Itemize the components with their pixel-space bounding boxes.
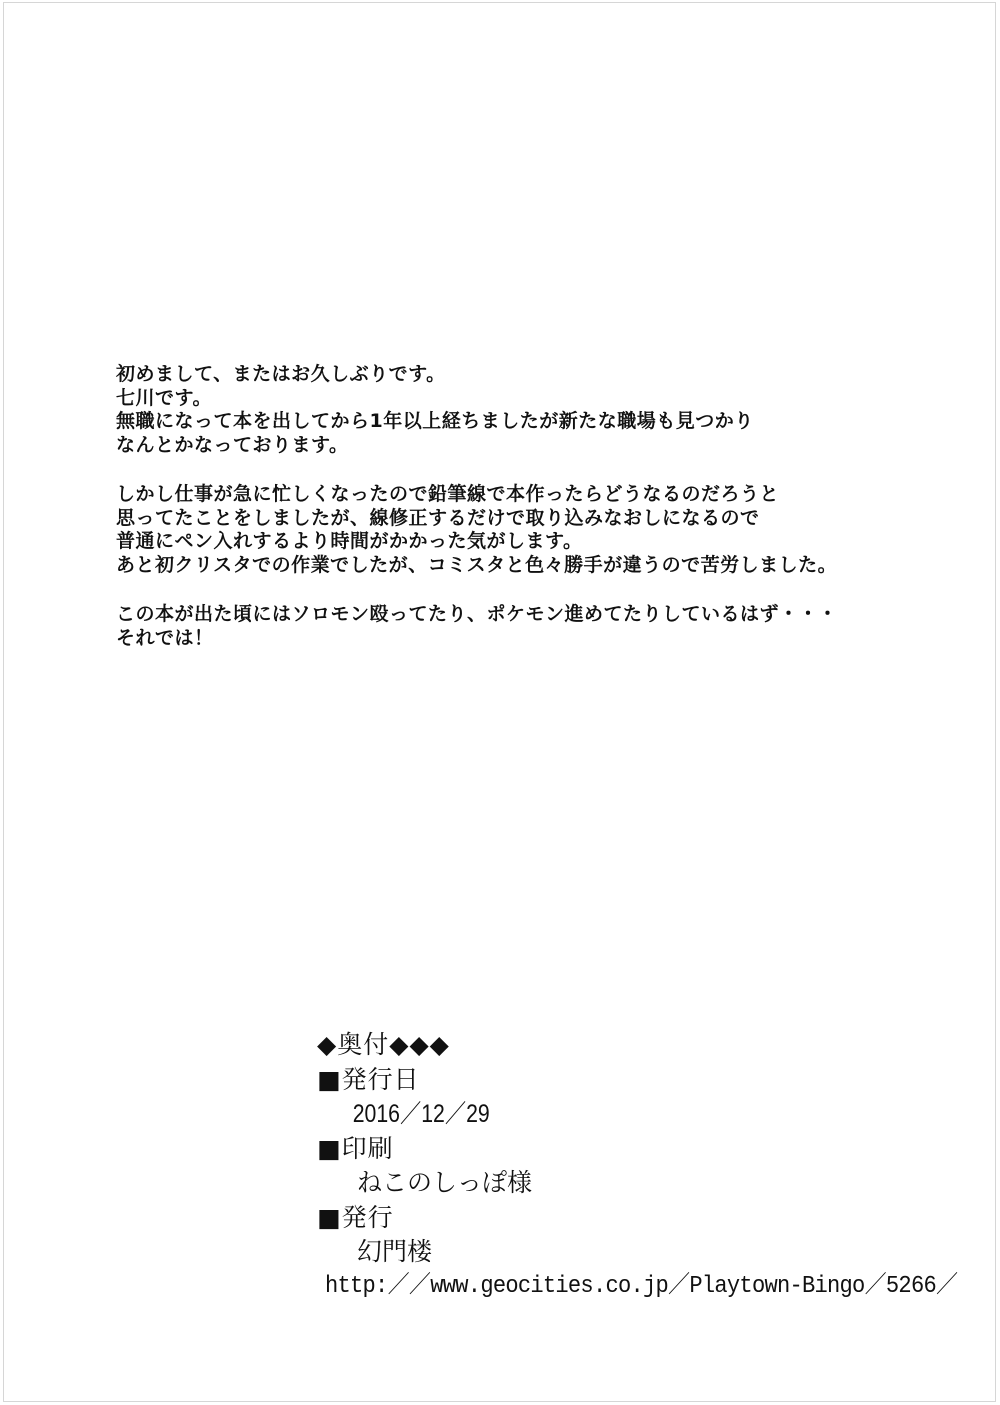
afterword-line: 七川です。 [116, 387, 916, 411]
afterword-line: この本が出た頃にはソロモン殴ってたり、ポケモン進めてたりしているはず・・・ [116, 603, 916, 627]
afterword-paragraph-3: この本が出た頃にはソロモン殴ってたり、ポケモン進めてたりしているはず・・・ それ… [116, 603, 916, 650]
publisher-value: 幻門楼 [317, 1235, 997, 1270]
printer-label: ■印刷 [317, 1132, 997, 1167]
afterword-line: それでは！ [116, 627, 916, 651]
colophon: ◆奥付◆◆◆ ■発行日 2016／12／29 ■印刷 ねこのしっぽ様 ■発行 幻… [317, 1028, 997, 1304]
afterword-paragraph-1: 初めまして、またはお久しぶりです。 七川です。 無職になって本を出してから1年以… [116, 363, 916, 457]
afterword: 初めまして、またはお久しぶりです。 七川です。 無職になって本を出してから1年以… [116, 363, 916, 676]
book-page: 初めまして、またはお久しぶりです。 七川です。 無職になって本を出してから1年以… [3, 2, 996, 1402]
printer-value: ねこのしっぽ様 [317, 1166, 997, 1201]
afterword-line: 初めまして、またはお久しぶりです。 [116, 363, 916, 387]
publisher-label: ■発行 [317, 1201, 997, 1236]
colophon-title: ◆奥付◆◆◆ [317, 1028, 997, 1063]
afterword-line: 無職になって本を出してから1年以上経ちましたが新たな職場も見つかり [116, 410, 916, 434]
afterword-paragraph-2: しかし仕事が急に忙しくなったので鉛筆線で本作ったらどうなるのだろうと 思ってたこ… [116, 483, 916, 577]
afterword-line: あと初クリスタでの作業でしたが、コミスタと色々勝手が違うので苦労しました。 [116, 554, 916, 578]
afterword-line: 普通にペン入れするより時間がかかった気がします。 [116, 530, 916, 554]
publisher-url: http:／／www.geocities.co.jp／Playtown-Bing… [325, 1270, 943, 1305]
afterword-line: 思ってたことをしましたが、線修正するだけで取り込みなおしになるので [116, 507, 916, 531]
afterword-line: しかし仕事が急に忙しくなったので鉛筆線で本作ったらどうなるのだろうと [116, 483, 916, 507]
afterword-line: なんとかなっております。 [116, 434, 916, 458]
publish-date-value: 2016／12／29 [317, 1097, 895, 1132]
publish-date-label: ■発行日 [317, 1063, 997, 1098]
